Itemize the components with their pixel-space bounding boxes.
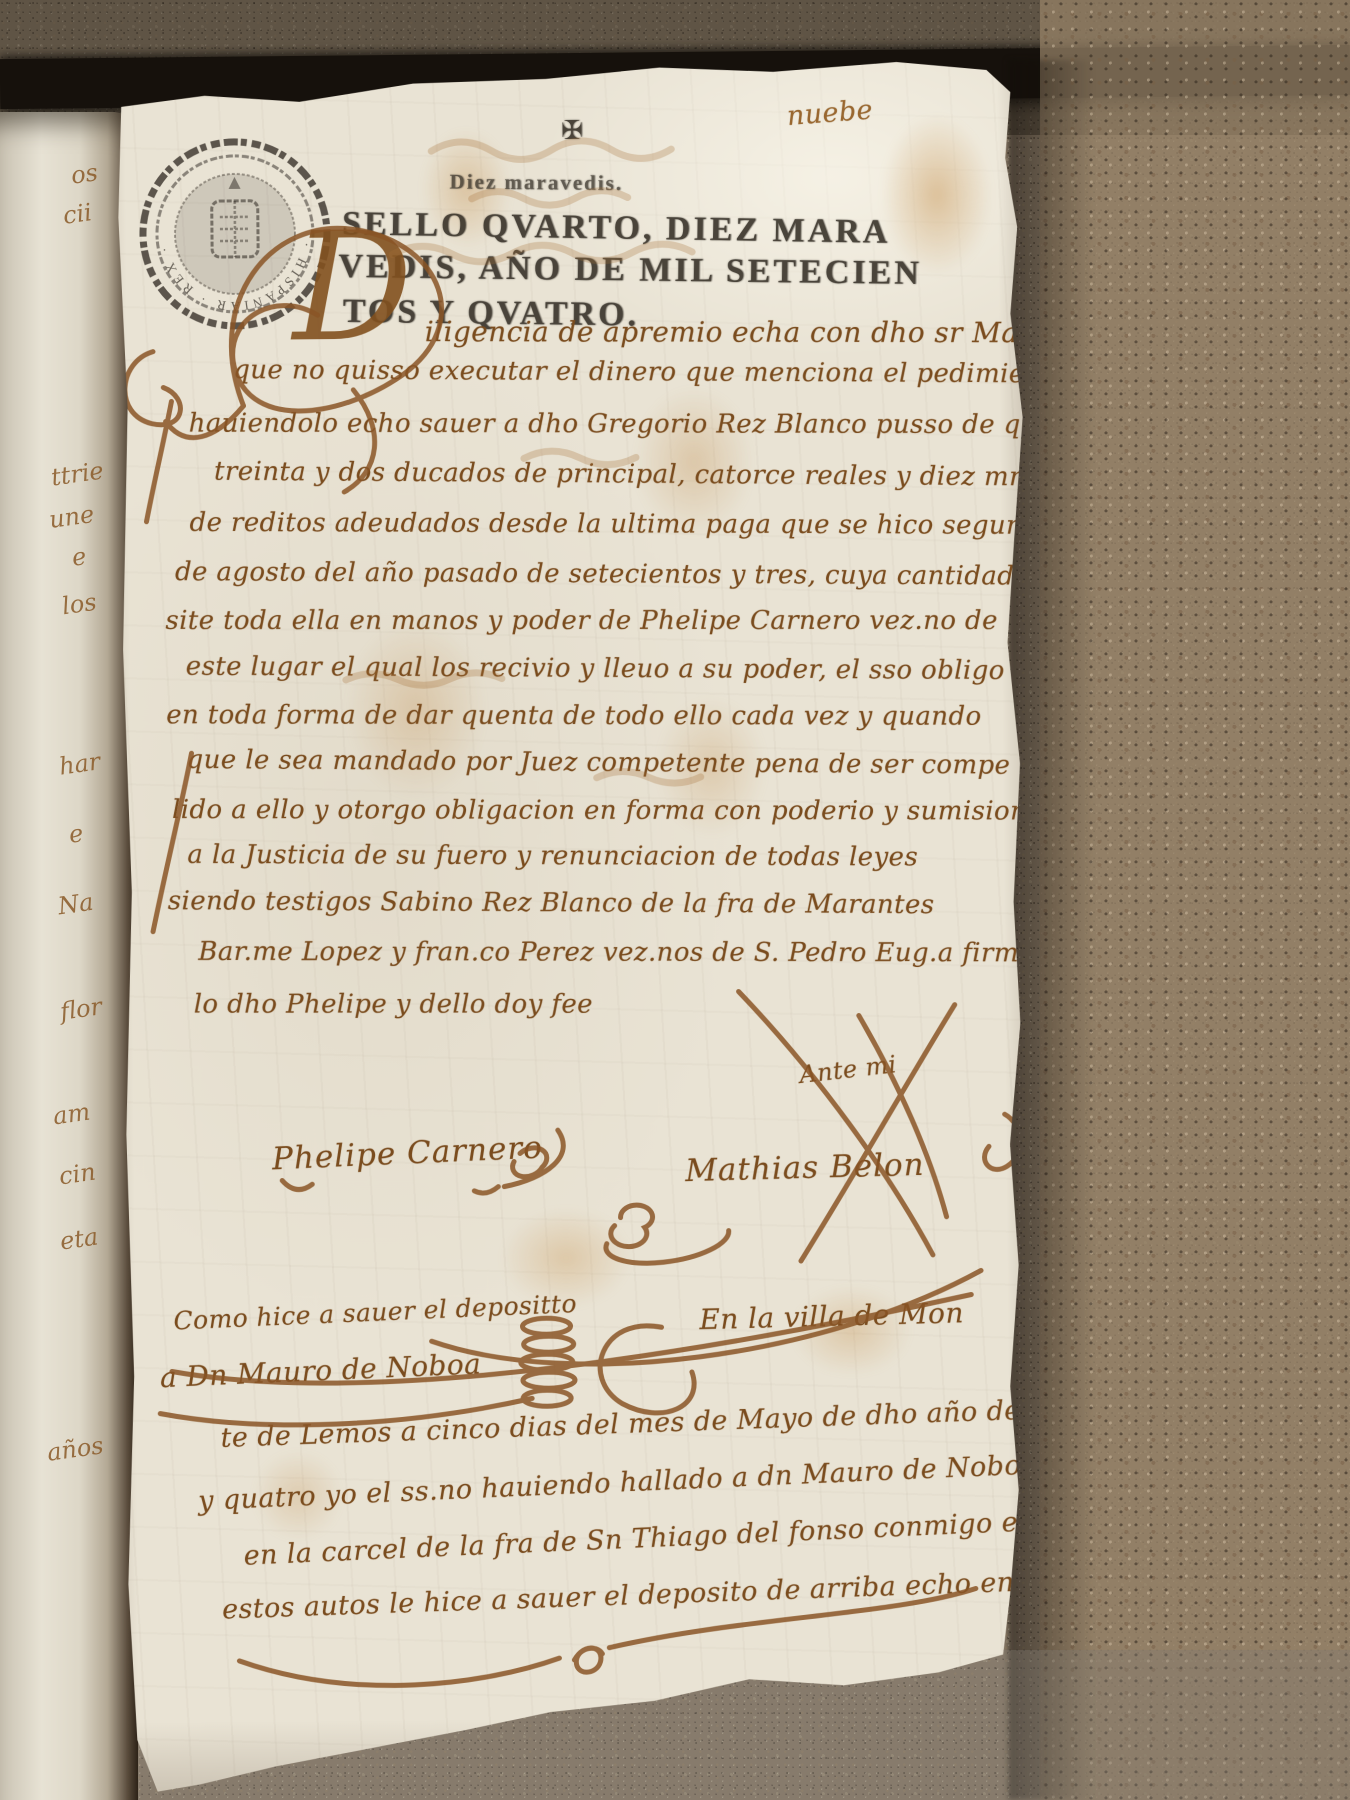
closing-line: te de Lemos a cinco dias del mes de Mayo… <box>220 1393 1128 1453</box>
signature-phelipe-carnero: Phelipe Carnero <box>271 1132 543 1176</box>
signature-mathias-belon: Mathias Belon <box>685 1149 925 1188</box>
manuscript-line: siendo testigos Sabino Rez Blanco de la … <box>168 888 935 919</box>
printed-sello-line: SELLO QVARTO, DIEZ MARA <box>342 205 891 252</box>
left-page-text-fragment: cii <box>62 200 94 228</box>
photo-scene: os cii ttrie une e los har e Na flor am … <box>0 0 1350 1800</box>
previous-page-curl: os cii ttrie une e los har e Na flor am … <box>0 112 138 1800</box>
manuscript-line: site toda ella en manos y poder de Pheli… <box>165 608 997 635</box>
page-number-note: nuebe <box>786 96 874 131</box>
manuscript-line: de reditos adeudados desde la ultima pag… <box>189 510 1088 540</box>
manuscript-line: a la Justicia de su fuero y renunciacion… <box>187 842 918 872</box>
ink-stain <box>881 114 992 275</box>
manuscript-line: en toda forma de dar quenta de todo ello… <box>166 702 981 731</box>
manuscript-line: de agosto del año pasado de setecientos … <box>175 559 1089 591</box>
closing-line: en la carcel de la fra de Sn Thiago del … <box>243 1508 1036 1571</box>
left-page-text-fragment: flor <box>59 994 104 1024</box>
closing-line: estos autos le hice a sauer el deposito … <box>222 1566 1106 1625</box>
manuscript-line: Bar.me Lopez y fran.co Perez vez.nos de … <box>198 939 1035 968</box>
left-page-text-fragment: e <box>67 821 84 847</box>
closing-line: En la villa de Mon <box>699 1298 964 1334</box>
manuscript-line: que no quisso executar el dinero que men… <box>233 357 1069 389</box>
manuscript-page: · HISPANIAR · REX · ✠ Diez maravedis. SE… <box>90 54 1053 1792</box>
left-page-text-fragment: cin <box>58 1160 98 1189</box>
closing-line: y quatro yo el ss.no hauiendo hallado a … <box>198 1451 1038 1516</box>
manuscript-line: lido a ello y otorgo obligacion en forma… <box>172 797 1027 826</box>
left-page-text-fragment: eta <box>58 1224 99 1253</box>
left-page-text-fragment: os <box>70 160 100 187</box>
deposit-note-line: Como hice a sauer el depositto <box>173 1291 577 1335</box>
deposit-note-line: a Dn Mauro de Noboa <box>159 1349 481 1392</box>
manuscript-line: treinta y dos ducados de principal, cato… <box>214 459 1036 492</box>
left-page-text-fragment: e <box>70 544 87 570</box>
left-page-text-fragment: los <box>60 590 97 619</box>
printed-sello-line: VEDIS, AÑO DE MIL SETECIEN <box>338 248 922 293</box>
left-page-text-fragment: am <box>51 1100 91 1129</box>
printed-cross-ornament: ✠ <box>561 116 586 146</box>
printed-tax-line: Diez maravedis. <box>449 170 623 197</box>
left-page-text-fragment: años <box>46 1433 105 1465</box>
flourished-initial: D <box>292 227 413 348</box>
manuscript-line: lo dho Phelipe y dello doy fee <box>194 992 593 1019</box>
left-page-text-fragment: Na <box>56 890 94 919</box>
left-page-text-fragment: une <box>47 502 95 532</box>
page-cast-shadow <box>1008 60 1094 1800</box>
left-page-text-fragment: ttrie <box>50 458 105 489</box>
manuscript-line: este lugar el qual los recivio y lleuo a… <box>186 654 1005 686</box>
ante-mi-label: Ante mi <box>798 1052 898 1088</box>
left-page-text-fragment: har <box>57 749 101 779</box>
manuscript-line: que le sea mandado por Juez competente p… <box>187 747 1011 780</box>
manuscript-line: hauiendolo echo sauer a dho Gregorio Rez… <box>189 411 1098 440</box>
